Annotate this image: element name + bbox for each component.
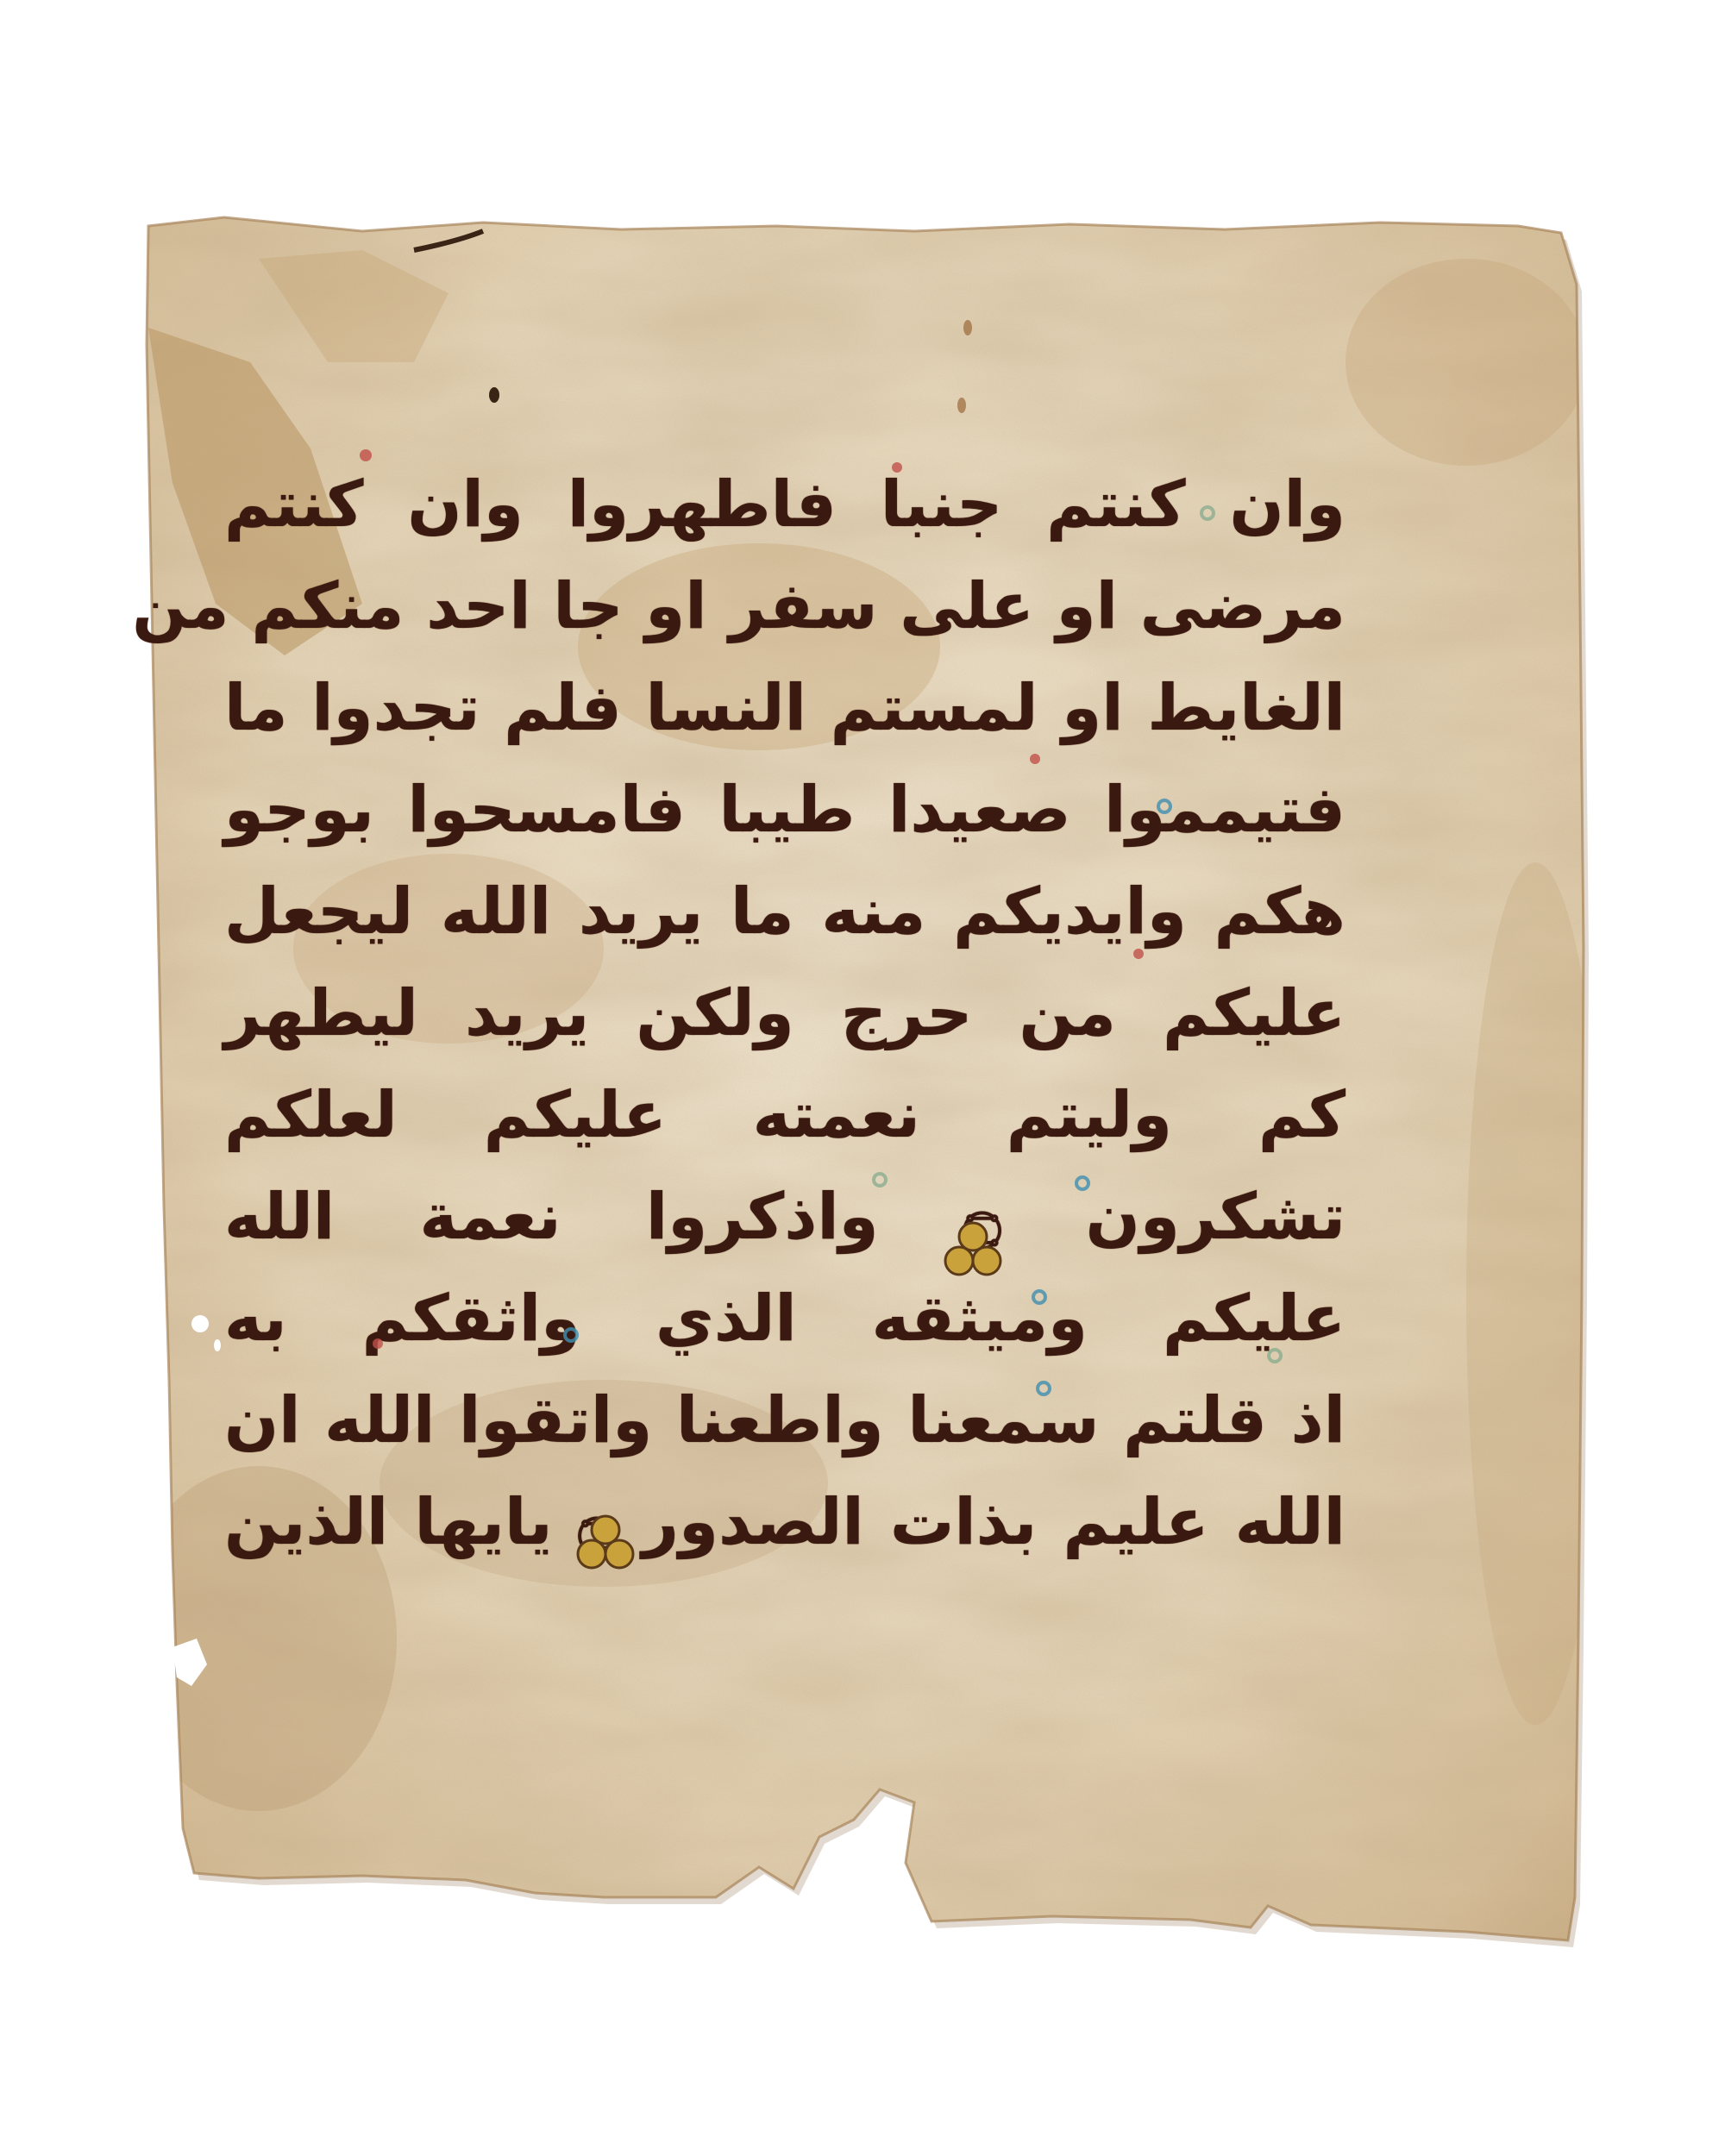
- vocalization-marks: [0, 0, 1725, 2156]
- photo-stage: وان كنتم جنبا فاطهروا وان كنتم مرضى او ع…: [0, 0, 1725, 2156]
